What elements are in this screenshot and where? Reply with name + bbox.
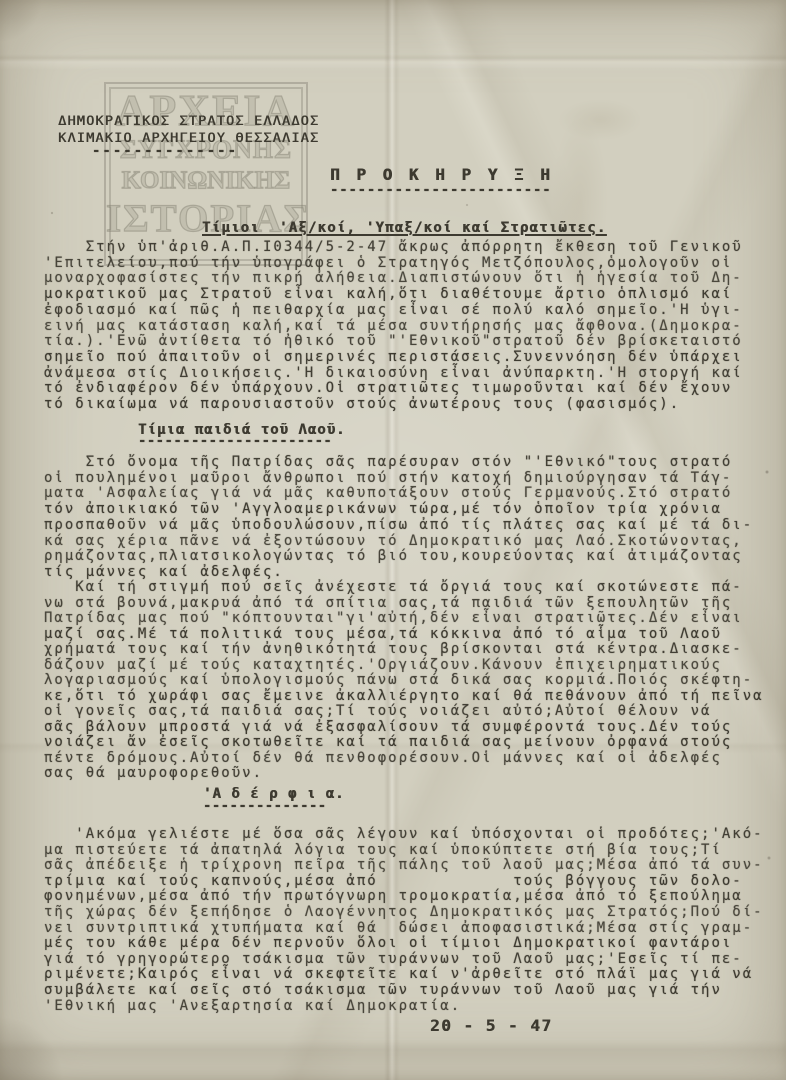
letterhead-line-1: ΔΗΜΟΚΡΑΤΙΚΟΣ ΣΤΡΑΤΟΣ ΕΛΛΑΔΟΣ	[58, 114, 319, 130]
proclamation-title-underline: ------------------------	[330, 183, 552, 199]
text-line: μοναρχοφασίστες τήν πικρή ἀλήθεια.Διαπισ…	[44, 271, 743, 287]
text-line: τό δικαίωμα νά παρουσιαστοῦν στούς ἀνωτέ…	[44, 397, 743, 413]
letterhead-underline: --------------	[92, 144, 238, 160]
paragraph-patriots: Στό ὄνομα τῆς Πατρίδας σᾶς παρέσυραν στό…	[44, 455, 753, 581]
text-line: κά σας χέρια πᾶνε νά ἐξοντώσουν τό Δημοκ…	[44, 534, 753, 550]
text-line: 'Εθνική μας 'Ανεξαρτησία καί Δημοκρατία.	[44, 999, 764, 1015]
text-line: σας θά μαυροφορεθοῦν.	[44, 766, 764, 782]
heading-children-underline: ----------------------	[138, 434, 332, 450]
text-line: πέντε δρόμους.Αὐτοί δέν θά πενθοφορέσουν…	[44, 751, 764, 767]
text-line: σημεῖο πού ἀπαιτοῦν οἱ σημερινές περιστά…	[44, 350, 743, 366]
text-line: ριμένετε;Καιρός εἶναι νά σκεφτεῖτε καί ν…	[44, 967, 764, 983]
text-line: σᾶς ἀπέδειξε ἡ τρίχρονη πεῖρα τῆς πάλης …	[44, 858, 764, 874]
paragraph-appeal: 'Ακόμα γελιέστε μέ ὅσα σᾶς λέγουν καί ὑπ…	[44, 827, 764, 1014]
text-line: μοκρατικοῦ μας Στρατοῦ εἶναι καλή,ὅτι δι…	[44, 287, 743, 303]
text-line: Στήν ὑπ'ἀριθ.Α.Π.Ι0344/5-2-47 ἄκρως ἀπόρ…	[44, 240, 743, 256]
text-line: γιά τό γρηγορώτερο τσάκισμα τῶν τυράννων…	[44, 952, 764, 968]
text-line: εινή μας κατάσταση καλή,καί τά μέσα συντ…	[44, 319, 743, 335]
text-line: ρημάζοντας,πλιατσικολογώντας τό βιό του,…	[44, 549, 753, 565]
text-line: Πατρίδας μας πού "κόπτουνται"γι'αὐτή,δέν…	[44, 611, 764, 627]
text-line: λογαριασμούς καί ὑπολογισμούς πάνω στά δ…	[44, 673, 764, 689]
text-line: νει συντριπτικά χτυπήματα καί θά δώσει ἀ…	[44, 921, 764, 937]
date-line: 20 - 5 - 47	[430, 1018, 552, 1034]
text-line: σᾶς βάλουν μπροστά γιά νά ἐξασφαλίσουν τ…	[44, 720, 764, 736]
text-line: νω στά βουνά,μακρυά ἀπό τά σπίτια σας,τά…	[44, 596, 764, 612]
text-line: προσπαθοῦν νά μᾶς ὑποδουλώσουν,πίσω ἀπό …	[44, 518, 753, 534]
text-line: ἐφοδιασμό καί πῶς ἡ πειθαρχία μας εἶναι …	[44, 303, 743, 319]
text-line: Καί τή στιγμή πού σεῖς ἀνέχεστε τά ὄργιά…	[44, 580, 764, 596]
text-line: χρήματά τους καί τήν ἀνηθικότητά τους βρ…	[44, 642, 764, 658]
text-line: νοιάζει ἄν ἐσεῖς σκοτωθεῖτε καί τά παιδι…	[44, 735, 764, 751]
text-line: οἱ γονεῖς σας,τά παιδιά σας;Τί τούς νοιά…	[44, 704, 764, 720]
text-line: Στό ὄνομα τῆς Πατρίδας σᾶς παρέσυραν στό…	[44, 455, 753, 471]
text-line: ματα 'Ασφαλείας γιά νά μᾶς καθυποτάξουν …	[44, 486, 753, 502]
text-line: συμβάλετε καί σεῖς στό τσάκισμα τῶν τυρά…	[44, 983, 764, 999]
paragraph-report: Στήν ὑπ'ἀριθ.Α.Π.Ι0344/5-2-47 ἄκρως ἀπόρ…	[44, 240, 743, 413]
text-line: μα πιστεύετε τά ἀπατηλά λόγια τους καί ὑ…	[44, 843, 764, 859]
heading-brothers-underline: --------------	[203, 799, 327, 815]
text-line: τόν ἀποικιακό τῶν 'Αγγλοαμερικάνων τώρα,…	[44, 502, 753, 518]
paragraph-moment: Καί τή στιγμή πού σεῖς ἀνέχεστε τά ὄργιά…	[44, 580, 764, 782]
text-line: 'Ακόμα γελιέστε μέ ὅσα σᾶς λέγουν καί ὑπ…	[44, 827, 764, 843]
heading-officers: Τίμιοι 'Αξ/κοί, 'Υπαξ/κοί καί Στρατιῶτες…	[202, 221, 606, 237]
text-line: μές του κάθε μέρα δέν περνοῦν ὅλοι οἱ τί…	[44, 936, 764, 952]
document-page: ΑΡΧΕΙΑ ΣΥΓΧΡΟΝΗΣ ΚΟΙΝΩΝΙΚΗΣ ΙΣΤΟΡΙΑΣ ΔΗΜ…	[0, 0, 786, 1080]
text-line: φονημένων,μέσα ἀπό τήν πρωτόγνωρη τρομοκ…	[44, 889, 764, 905]
text-line: τῆς χώρας δέν ξεπήδησε ὁ Λαογέννητος Δημ…	[44, 905, 764, 921]
text-line: δάζουν μαζί μέ τούς καταχτητές.'Οργιάζου…	[44, 658, 764, 674]
text-line: τία.).'Ενῶ ἀντίθετα τό ἠθικό τοῦ "'Εθνικ…	[44, 334, 743, 350]
watermark-line: ΚΟΙΝΩΝΙΚΗΣ	[106, 165, 306, 196]
text-line: κε,ὅτι τό χωράφι σας ἔμεινε ἀκαλλιέργητο…	[44, 689, 764, 705]
text-line: τό ἐνδιαφέρον δέν ὑπάρχουν.Οἱ στρατιῶτες…	[44, 381, 743, 397]
text-line: μαζί σας.Μέ τά πολιτικά τους μέσα,τά κόκ…	[44, 627, 764, 643]
proclamation-title: Π Ρ Ο Κ Η Ρ Υ Ξ Η	[330, 167, 553, 183]
text-line: ἀνάμεσα στίς Διοικήσεις.'Η δικαιοσύνη εἶ…	[44, 366, 743, 382]
